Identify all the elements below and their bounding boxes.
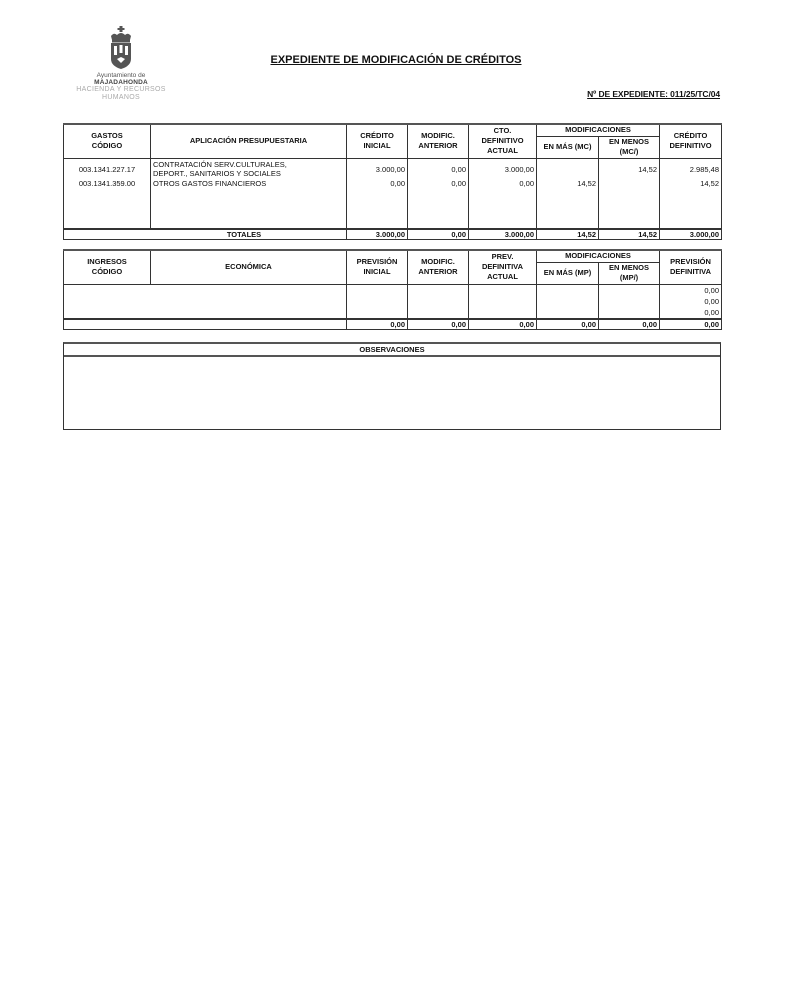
ingresos-en-menos-cell: [599, 284, 660, 319]
table-row-codigo: 003.1341.359.00: [66, 179, 148, 189]
logo-line-ayuntamiento: Ayuntamiento de: [66, 72, 176, 79]
gastos-body: 003.1341.227.17 003.1341.359.00 CONTRATA…: [64, 158, 722, 229]
ingresos-body: 0,00 0,00 0,00: [64, 284, 722, 319]
observaciones-header: OBSERVACIONES: [64, 344, 720, 357]
header-en-menos: EN MENOS(MP/): [599, 262, 660, 284]
ingresos-prev-definitiva-cell: [469, 284, 537, 319]
header-economica: ECONÓMICA: [151, 250, 347, 284]
table-row-credito-definitivo: 2.985,48: [662, 160, 719, 179]
total-credito-inicial: 3.000,00: [347, 229, 408, 240]
header-aplicacion: APLICACIÓN PRESUPUESTARIA: [151, 124, 347, 158]
header-ingresos-codigo: INGRESOSCÓDIGO: [64, 250, 151, 284]
observaciones-box: OBSERVACIONES: [63, 342, 721, 430]
totals-label-empty: [64, 319, 347, 330]
total-modific-anterior: 0,00: [408, 319, 469, 330]
logo-line-humanos: HUMANOS: [66, 94, 176, 102]
table-row-en-mas: [539, 160, 596, 179]
header-credito-definitivo: CRÉDITODEFINITIVO: [660, 124, 722, 158]
header-en-mas: EN MÁS (MP): [537, 262, 599, 284]
header-modificaciones: MODIFICACIONES: [537, 124, 660, 136]
table-row-modific-anterior: 0,00: [410, 179, 466, 189]
ingresos-modific-anterior-cell: [408, 284, 469, 319]
gastos-table: GASTOSCÓDIGO APLICACIÓN PRESUPUESTARIA C…: [63, 123, 722, 240]
table-row-cto-definitivo: 3.000,00: [471, 160, 534, 179]
total-cto-definitivo: 3.000,00: [469, 229, 537, 240]
table-row-prevision-definitiva: 0,00: [662, 285, 719, 296]
total-prevision-definitiva: 0,00: [660, 319, 722, 330]
observaciones-text: [64, 357, 720, 361]
ingresos-totals-row: 0,00 0,00 0,00 0,00 0,00 0,00: [64, 319, 722, 330]
table-row-prevision-definitiva: 0,00: [662, 296, 719, 307]
header-modific-anterior: MODIFIC.ANTERIOR: [408, 124, 469, 158]
total-en-mas: 0,00: [537, 319, 599, 330]
table-row-cto-definitivo: 0,00: [471, 179, 534, 189]
table-row-en-mas: 14,52: [539, 179, 596, 189]
table-row-aplicacion: OTROS GASTOS FINANCIEROS: [153, 179, 344, 189]
header-en-mas: EN MÁS (MC): [537, 136, 599, 158]
header-en-menos: EN MENOS(MC/): [599, 136, 660, 158]
ingresos-codigo-economica-cell: [64, 284, 347, 319]
header-modific-anterior: MODIFIC.ANTERIOR: [408, 250, 469, 284]
table-row-en-menos: 14,52: [601, 160, 657, 179]
logo: Ayuntamiento de MAJADAHONDA HACIENDA Y R…: [66, 26, 176, 114]
gastos-totals-row: TOTALES 3.000,00 0,00 3.000,00 14,52 14,…: [64, 229, 722, 240]
total-prev-definitiva: 0,00: [469, 319, 537, 330]
table-row-credito-definitivo: 14,52: [662, 179, 719, 189]
ingresos-table: INGRESOSCÓDIGO ECONÓMICA PREVISIÓNINICIA…: [63, 249, 722, 330]
header-prev-definitiva: PREV.DEFINITIVAACTUAL: [469, 250, 537, 284]
header-credito-inicial: CRÉDITOINICIAL: [347, 124, 408, 158]
table-row-codigo: 003.1341.227.17: [66, 160, 148, 179]
header-modificaciones: MODIFICACIONES: [537, 250, 660, 262]
total-credito-definitivo: 3.000,00: [660, 229, 722, 240]
total-en-menos: 14,52: [599, 229, 660, 240]
header-cto-definitivo: CTO.DEFINITIVOACTUAL: [469, 124, 537, 158]
header-gastos-codigo: GASTOSCÓDIGO: [64, 124, 151, 158]
total-en-menos: 0,00: [599, 319, 660, 330]
total-prevision-inicial: 0,00: [347, 319, 408, 330]
table-row-credito-inicial: 0,00: [349, 179, 405, 189]
document-title: EXPEDIENTE DE MODIFICACIÓN DE CRÉDITOS: [0, 54, 792, 66]
total-en-mas: 14,52: [537, 229, 599, 240]
ingresos-en-mas-cell: [537, 284, 599, 319]
header-prevision-inicial: PREVISIÓNINICIAL: [347, 250, 408, 284]
logo-line-hacienda: HACIENDA Y RECURSOS: [66, 86, 176, 94]
table-row-aplicacion: CONTRATACIÓN SERV.CULTURALES,DEPORT., SA…: [153, 160, 344, 179]
logo-line-majadahonda: MAJADAHONDA: [66, 79, 176, 86]
expediente-number: Nº DE EXPEDIENTE: 011/25/TC/04: [587, 89, 720, 99]
table-row-modific-anterior: 0,00: [410, 160, 466, 179]
totals-label: TOTALES: [64, 229, 347, 240]
header-prevision-definitiva: PREVISIÓNDEFINITIVA: [660, 250, 722, 284]
total-modific-anterior: 0,00: [408, 229, 469, 240]
table-row-credito-inicial: 3.000,00: [349, 160, 405, 179]
table-row-prevision-definitiva: 0,00: [662, 307, 719, 318]
ingresos-prevision-inicial-cell: [347, 284, 408, 319]
